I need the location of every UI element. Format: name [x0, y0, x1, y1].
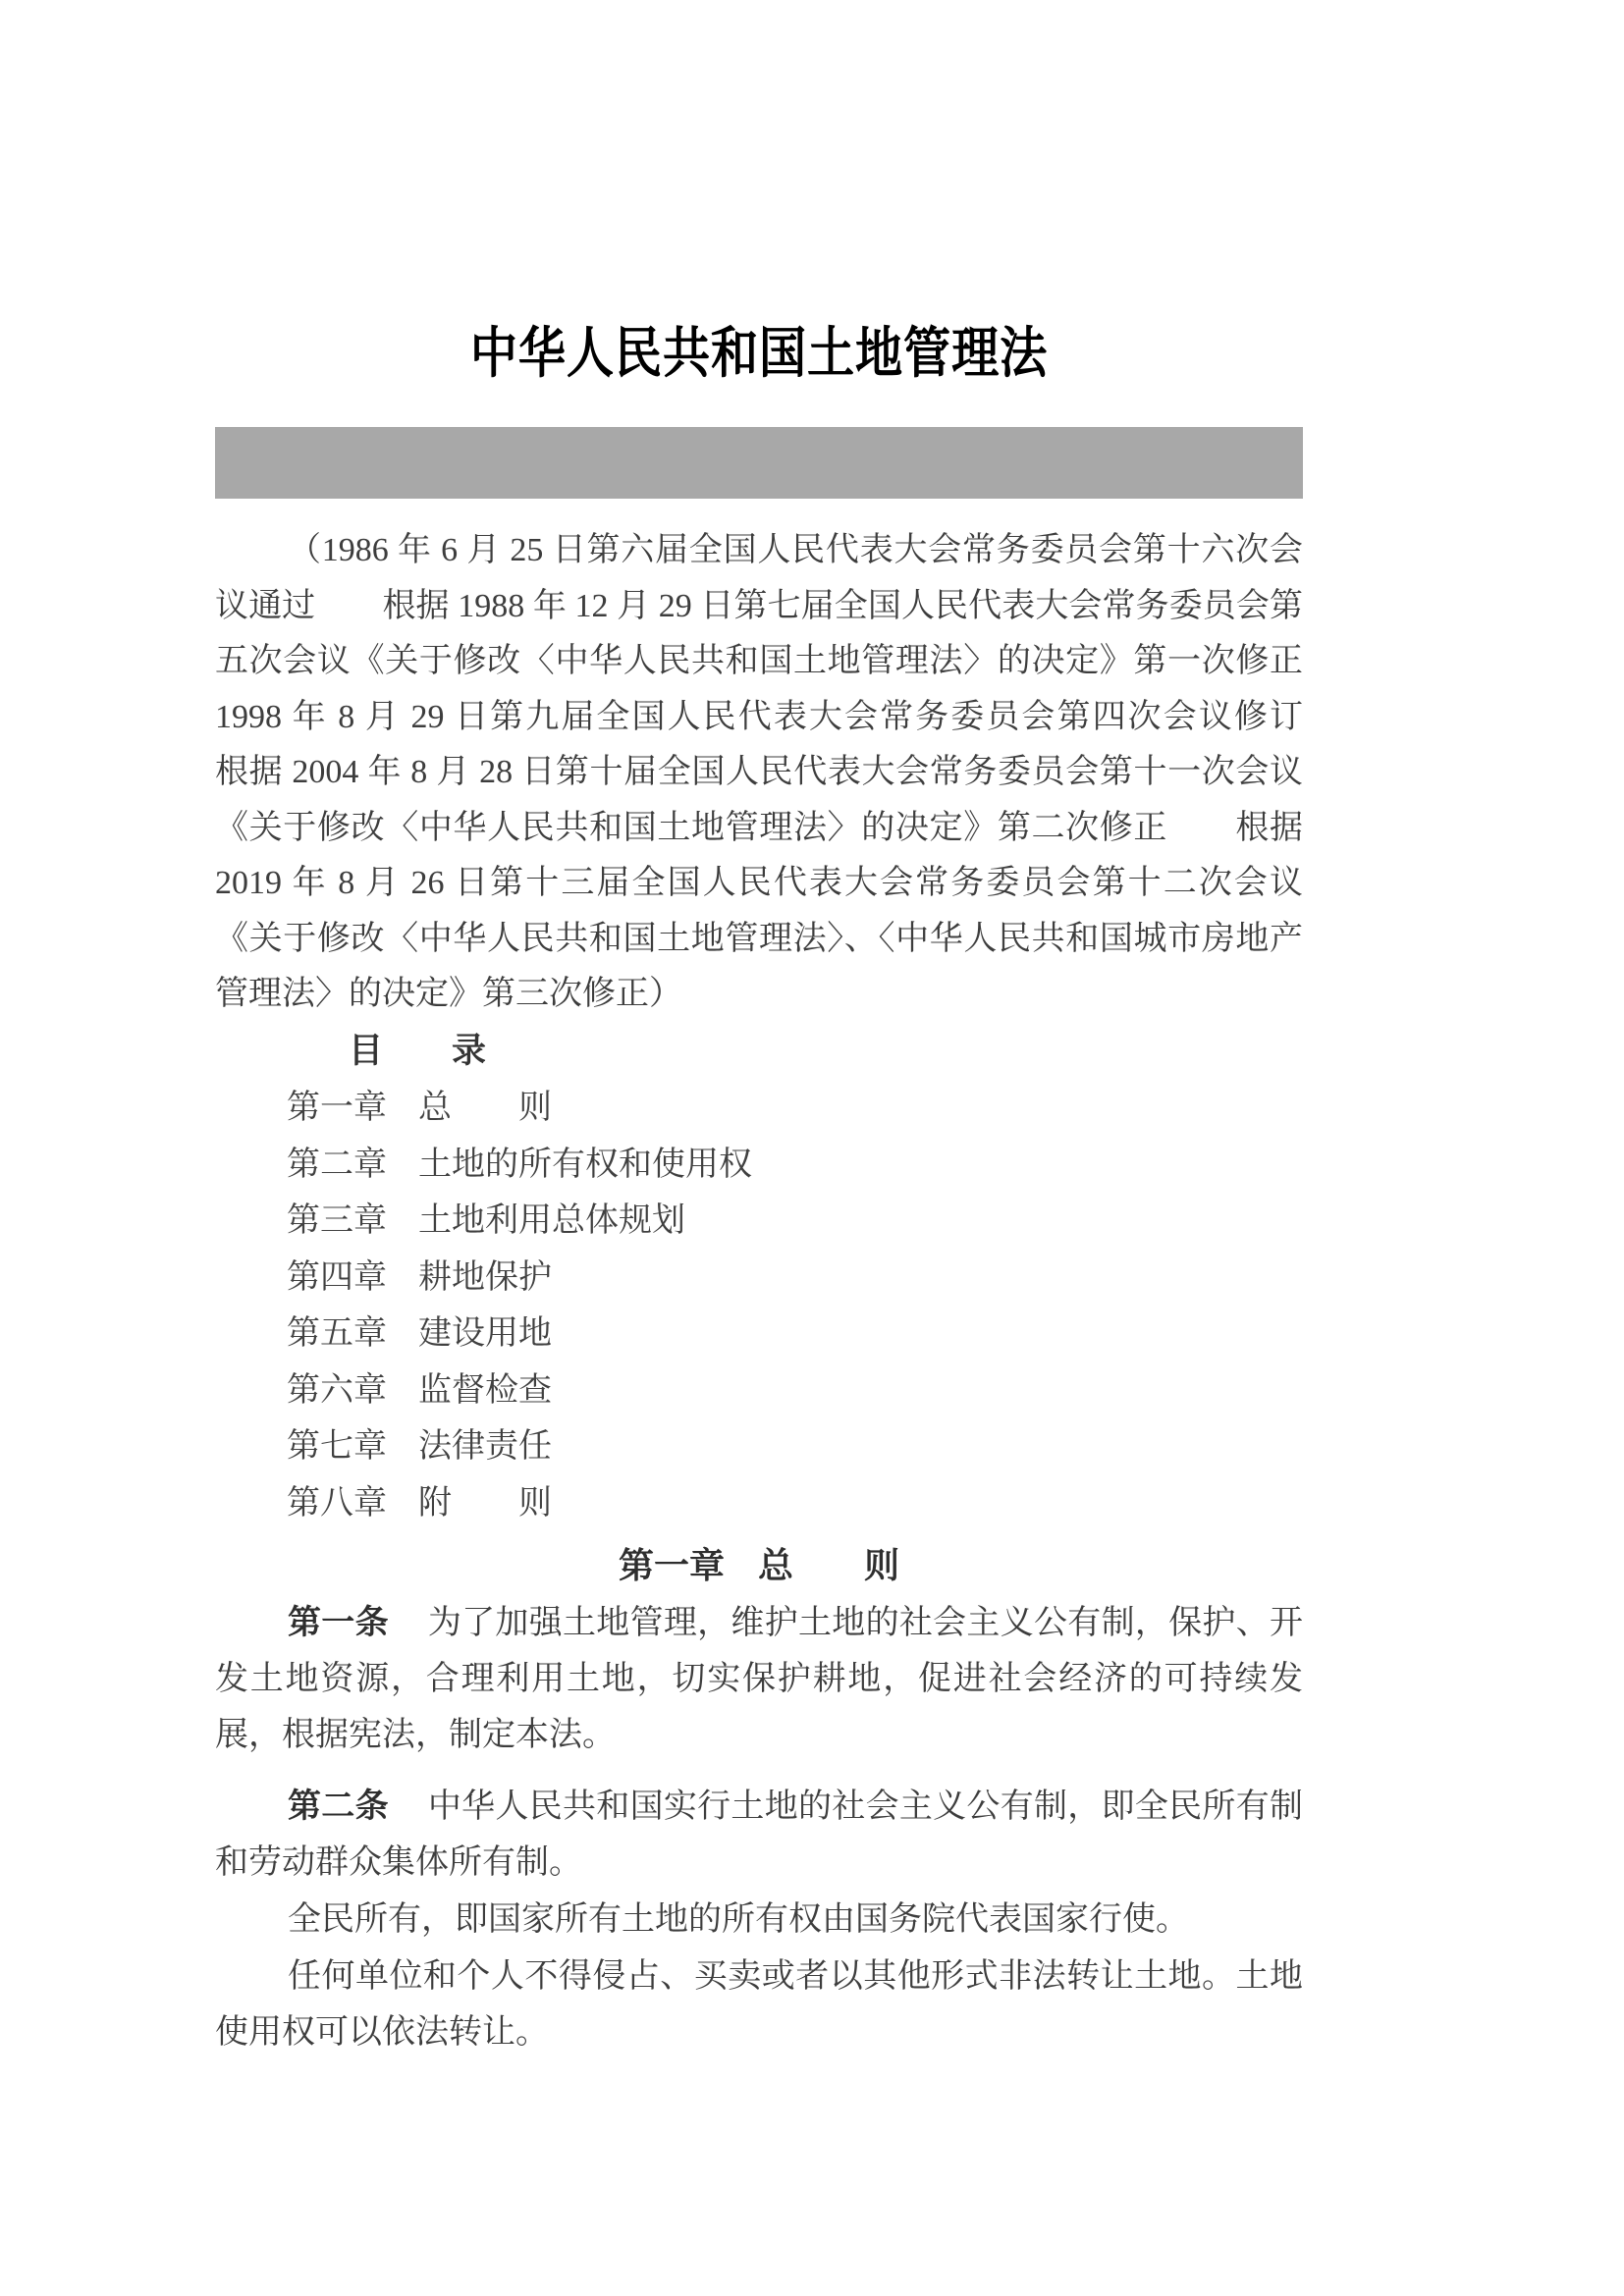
- toc-row: 第七章法律责任: [215, 1418, 1303, 1475]
- toc-chapter-title: 土地的所有权和使用权: [418, 1147, 752, 1183]
- toc-chapter-label: 第二章: [287, 1147, 387, 1183]
- chapter-title: 总 则: [758, 1546, 899, 1585]
- toc-chapter-title: 总 则: [418, 1090, 552, 1126]
- article-2-paragraph-1: 第二条中华人民共和国实行土地的社会主义公有制，即全民所有制和劳动群众集体所有制。: [215, 1779, 1303, 1891]
- toc-chapter-label: 第四章: [287, 1259, 387, 1296]
- toc-chapter-title: 法律责任: [418, 1428, 552, 1465]
- toc-chapter-title: 附 则: [418, 1485, 552, 1522]
- preamble-paragraph: （1986 年 6 月 25 日第六届全国人民代表大会常务委员会第十六次会议通过…: [215, 523, 1303, 1023]
- toc-chapter-label: 第八章: [287, 1485, 387, 1522]
- chapter-label: 第一章: [619, 1546, 725, 1585]
- toc-chapter-title: 土地利用总体规划: [418, 1202, 685, 1239]
- article-1-number: 第一条: [288, 1605, 389, 1641]
- toc-row: 第二章土地的所有权和使用权: [215, 1137, 1303, 1194]
- document-page: 中华人民共和国土地管理法 （1986 年 6 月 25 日第六届全国人民代表大会…: [0, 0, 1624, 2296]
- toc-chapter-title: 建设用地: [418, 1315, 552, 1352]
- toc-chapter-title: 耕地保护: [418, 1259, 552, 1296]
- toc-chapter-label: 第三章: [287, 1202, 387, 1239]
- document-title: 中华人民共和国土地管理法: [292, 322, 1227, 385]
- section-divider-bar: [215, 427, 1303, 499]
- toc-chapter-label: 第六章: [287, 1372, 387, 1409]
- toc-list: 第一章总 则 第二章土地的所有权和使用权 第三章土地利用总体规划 第四章耕地保护…: [215, 1080, 1303, 1531]
- toc-chapter-label: 第一章: [287, 1090, 387, 1126]
- toc-row: 第八章附 则: [215, 1475, 1303, 1532]
- toc-row: 第一章总 则: [215, 1080, 1303, 1137]
- toc-row: 第六章监督检查: [215, 1362, 1303, 1419]
- toc-chapter-label: 第五章: [287, 1315, 387, 1352]
- chapter-1-heading: 第一章总 则: [215, 1538, 1303, 1594]
- article-2-paragraph-2: 全民所有，即国家所有土地的所有权由国务院代表国家行使。: [215, 1892, 1303, 1948]
- article-1-paragraph: 第一条为了加强土地管理，维护土地的社会主义公有制，保护、开发土地资源，合理利用土…: [215, 1595, 1303, 1763]
- article-2-paragraph-3: 任何单位和个人不得侵占、买卖或者以其他形式非法转让土地。土地使用权可以依法转让。: [215, 1949, 1303, 2060]
- toc-row: 第三章土地利用总体规划: [215, 1193, 1303, 1250]
- toc-row: 第五章建设用地: [215, 1306, 1303, 1362]
- article-2-number: 第二条: [288, 1789, 389, 1825]
- toc-chapter-title: 监督检查: [418, 1372, 552, 1409]
- toc-heading: 目 录: [215, 1023, 1303, 1079]
- toc-row: 第四章耕地保护: [215, 1250, 1303, 1307]
- toc-chapter-label: 第七章: [287, 1428, 387, 1465]
